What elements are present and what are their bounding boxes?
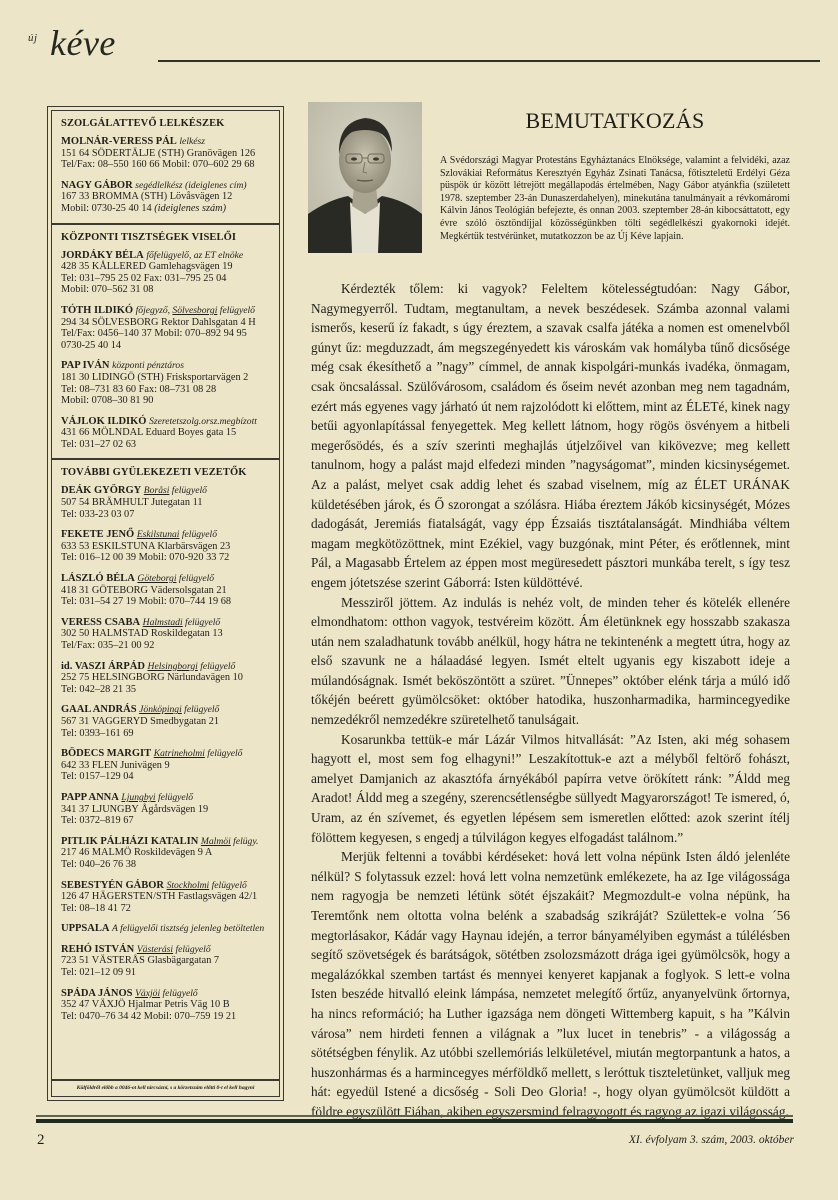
contact-detail-note: (ideiglenes szám) bbox=[154, 203, 226, 214]
contact-detail-line: Tel: 033-23 03 07 bbox=[61, 509, 273, 521]
contact-detail-text: Tel: 0470–76 34 42 Mobil: 070–759 19 21 bbox=[61, 1011, 236, 1022]
role-text: felügyelő bbox=[156, 792, 194, 803]
contact-role: Västerási felügyelő bbox=[137, 944, 211, 955]
article-paragraph: Kosarunkba tettük-e már Lázár Vilmos hit… bbox=[311, 730, 790, 848]
role-text: főjegyző, bbox=[136, 305, 173, 316]
contact-name: id. VASZI ÁRPÁD bbox=[61, 661, 145, 672]
contact-detail-line: 217 46 MALMÖ Roskildevägen 9 A bbox=[61, 847, 273, 859]
contact-detail-text: 217 46 MALMÖ Roskildevägen 9 A bbox=[61, 847, 212, 858]
footer-rule-thin bbox=[36, 1115, 793, 1117]
sidebar-section: KÖZPONTI TISZTSÉGEK VISELŐIJORDÁKY BÉLA … bbox=[52, 225, 279, 461]
contact-detail-text: Tel: 031–795 25 02 Fax: 031–795 25 04 bbox=[61, 273, 226, 284]
contact-entry: UPPSALA A felügyelői tisztség jelenleg b… bbox=[61, 923, 273, 935]
contact-role: Helsingborgi felügyelő bbox=[148, 661, 236, 672]
contact-detail-text: 302 50 HALMSTAD Roskildegatan 13 bbox=[61, 628, 223, 639]
contact-detail-line: 151 64 SÖDERTÄLJE (STH) Granövägen 126 bbox=[61, 148, 273, 160]
sidebar-section: TOVÁBBI GYÜLEKEZETI VEZETŐKDEÁK GYÖRGY B… bbox=[52, 460, 279, 1081]
contact-detail-text: Tel/Fax: 08–550 160 66 Mobil: 070–602 29… bbox=[61, 159, 255, 170]
contact-detail-text: 0730-25 40 14 bbox=[61, 340, 121, 351]
contact-role: Eskilstunai felügyelő bbox=[137, 529, 217, 540]
congregation-name: Helsingborgi bbox=[148, 661, 198, 672]
contact-role: központi pénztáros bbox=[112, 360, 184, 371]
contact-detail-text: Tel: 040–26 76 38 bbox=[61, 859, 136, 870]
contacts-sidebar-inner: SZOLGÁLATTEVŐ LELKÉSZEKMOLNÁR-VERESS PÁL… bbox=[51, 110, 280, 1097]
article-paragraph: Messziről jöttem. Az indulás is nehéz vo… bbox=[311, 593, 790, 730]
contact-name: FEKETE JENŐ bbox=[61, 529, 134, 540]
congregation-name: Malmöi bbox=[201, 836, 231, 847]
contact-detail-text: Tel: 033-23 03 07 bbox=[61, 509, 134, 520]
contact-entry: NAGY GÁBOR segédlelkész (ideiglenes cím)… bbox=[61, 180, 273, 215]
masthead: új kéve bbox=[28, 28, 820, 78]
contact-detail-text: 633 53 ESKILSTUNA Klarbärsvägen 23 bbox=[61, 541, 230, 552]
contact-name: SEBESTYÉN GÁBOR bbox=[61, 880, 164, 891]
contact-detail-text: Tel: 031–54 27 19 Mobil: 070–744 19 68 bbox=[61, 596, 231, 607]
congregation-name: Västerási bbox=[137, 944, 173, 955]
contact-detail-line: 567 31 VAGGERYD Smedbygatan 21 bbox=[61, 716, 273, 728]
article-title: BEMUTATKOZÁS bbox=[440, 108, 790, 134]
contact-role: főfelügyelő, az ET elnöke bbox=[146, 250, 243, 261]
contact-detail-line: 294 34 SÖLVESBORG Rektor Dahlsgatan 4 H bbox=[61, 317, 273, 329]
contact-detail-line: Mobil: 0708–30 81 90 bbox=[61, 395, 273, 407]
contact-role: Halmstadi felügyelő bbox=[143, 617, 221, 628]
contact-detail-line: 0730-25 40 14 bbox=[61, 340, 273, 352]
contact-role: Växjöi felügyelő bbox=[135, 988, 198, 999]
role-text: felügyelő bbox=[173, 944, 211, 955]
contact-detail-line: Tel/Fax: 08–550 160 66 Mobil: 070–602 29… bbox=[61, 159, 273, 171]
contact-entry: DEÁK GYÖRGY Boråsi felügyelő507 54 BRÄMH… bbox=[61, 485, 273, 520]
contact-detail-text: Tel: 0393–161 69 bbox=[61, 728, 134, 739]
contact-detail-line: Tel: 0470–76 34 42 Mobil: 070–759 19 21 bbox=[61, 1011, 273, 1023]
contact-detail-text: Tel/Fax: 035–21 00 92 bbox=[61, 640, 154, 651]
contact-entry: FEKETE JENŐ Eskilstunai felügyelő633 53 … bbox=[61, 529, 273, 564]
contact-entry: PAP IVÁN központi pénztáros181 30 LIDING… bbox=[61, 360, 273, 406]
contact-detail-text: 341 37 LJUNGBY Ågårdsvägen 19 bbox=[61, 804, 208, 815]
role-text: felügyelő bbox=[177, 573, 215, 584]
role-text: felügyelő bbox=[209, 880, 247, 891]
contact-name: VÁJLOK ILDIKÓ bbox=[61, 416, 146, 427]
role-text: felügy. bbox=[231, 836, 259, 847]
contact-name: PAPP ANNA bbox=[61, 792, 119, 803]
portrait-photo bbox=[308, 102, 422, 253]
contact-detail-text: Tel/Fax: 0456–140 37 Mobil: 070–892 94 9… bbox=[61, 328, 247, 339]
contact-detail-text: 507 54 BRÄMHULT Jutegatan 11 bbox=[61, 497, 203, 508]
contact-detail-text: Tel: 016–12 00 39 Mobil: 070-920 33 72 bbox=[61, 552, 229, 563]
contact-detail-line: 181 30 LIDINGÖ (STH) Frisksportarvägen 2 bbox=[61, 372, 273, 384]
contact-detail-line: 723 51 VÄSTERÅS Glasbägargatan 7 bbox=[61, 955, 273, 967]
contact-name: REHÓ ISTVÁN bbox=[61, 944, 134, 955]
contact-detail-line: 352 47 VÄXJÖ Hjalmar Petris Väg 10 B bbox=[61, 999, 273, 1011]
congregation-name: Eskilstunai bbox=[137, 529, 180, 540]
contact-detail-line: Tel: 031–795 25 02 Fax: 031–795 25 04 bbox=[61, 273, 273, 285]
masthead-rule bbox=[158, 60, 820, 62]
contact-name: BÖDECS MARGIT bbox=[61, 748, 151, 759]
contact-detail-line: Tel: 021–12 09 91 bbox=[61, 967, 273, 979]
role-text: központi pénztáros bbox=[112, 360, 184, 371]
contact-role: Göteborgi felügyelő bbox=[137, 573, 214, 584]
sidebar-section-heading: SZOLGÁLATTEVŐ LELKÉSZEK bbox=[61, 118, 273, 129]
contact-detail-text: 428 35 KÅLLERED Gamlehagsvägen 19 bbox=[61, 261, 233, 272]
contact-detail-text: 642 33 FLEN Junivägen 9 bbox=[61, 760, 170, 771]
contact-detail-text: Mobil: 0708–30 81 90 bbox=[61, 395, 153, 406]
contact-detail-line: Tel: 042–28 21 35 bbox=[61, 684, 273, 696]
contact-detail-text: 567 31 VAGGERYD Smedbygatan 21 bbox=[61, 716, 219, 727]
contact-name: UPPSALA bbox=[61, 923, 109, 934]
contact-role: segédlelkész (ideiglenes cím) bbox=[135, 180, 246, 191]
contact-detail-text: 431 66 MÖLNDAL Eduard Boyes gata 15 bbox=[61, 427, 236, 438]
contacts-sidebar: SZOLGÁLATTEVŐ LELKÉSZEKMOLNÁR-VERESS PÁL… bbox=[47, 106, 284, 1101]
contact-detail-text: 352 47 VÄXJÖ Hjalmar Petris Väg 10 B bbox=[61, 999, 230, 1010]
contact-name: PAP IVÁN bbox=[61, 360, 110, 371]
role-text: felügyelő bbox=[169, 485, 207, 496]
article-intro: A Svédországi Magyar Protestáns Egyházta… bbox=[440, 155, 790, 243]
congregation-name: Ljungbyi bbox=[121, 792, 155, 803]
contact-role: Malmöi felügy. bbox=[201, 836, 259, 847]
contact-detail-line: Mobil: 0730-25 40 14 (ideiglenes szám) bbox=[61, 203, 273, 215]
contact-detail-text: 723 51 VÄSTERÅS Glasbägargatan 7 bbox=[61, 955, 219, 966]
contact-entry: JORDÁKY BÉLA főfelügyelő, az ET elnöke42… bbox=[61, 250, 273, 296]
contact-detail-line: 642 33 FLEN Junivägen 9 bbox=[61, 760, 273, 772]
congregation-name: Göteborgi bbox=[137, 573, 176, 584]
contact-entry: id. VASZI ÁRPÁD Helsingborgi felügyelő25… bbox=[61, 661, 273, 696]
contact-detail-text: Mobil: 0730-25 40 14 bbox=[61, 203, 152, 214]
congregation-name: Växjöi bbox=[135, 988, 160, 999]
sidebar-section-heading: KÖZPONTI TISZTSÉGEK VISELŐI bbox=[61, 232, 273, 243]
contact-role: Boråsi felügyelő bbox=[144, 485, 207, 496]
contact-detail-line: 418 31 GÖTEBORG Vädersolsgatan 21 bbox=[61, 585, 273, 597]
contact-detail-text: Mobil: 070–562 31 08 bbox=[61, 284, 153, 295]
sidebar-footnote: Külföldről előbb a 0046-ot kell tárcsázn… bbox=[52, 1081, 279, 1096]
contact-detail-line: Mobil: 070–562 31 08 bbox=[61, 284, 273, 296]
role-text: felügyelő bbox=[198, 661, 236, 672]
contact-detail-text: Tel: 031–27 02 63 bbox=[61, 439, 136, 450]
role-text: felügyelő bbox=[183, 617, 221, 628]
contact-detail-line: Tel: 08–18 41 72 bbox=[61, 903, 273, 915]
contact-detail-text: Tel: 08–18 41 72 bbox=[61, 903, 131, 914]
contact-detail-text: Tel: 0157–129 04 bbox=[61, 771, 134, 782]
issue-info: XI. évfolyam 3. szám, 2003. október bbox=[629, 1134, 794, 1146]
contact-role: Katrineholmi felügyelő bbox=[154, 748, 243, 759]
contact-entry: TÓTH ILDIKÓ főjegyző, Sölvesborgi felügy… bbox=[61, 305, 273, 351]
sidebar-section-heading: TOVÁBBI GYÜLEKEZETI VEZETŐK bbox=[61, 467, 273, 478]
contact-entry: SPÁDA JÁNOS Växjöi felügyelő352 47 VÄXJÖ… bbox=[61, 988, 273, 1023]
contact-detail-text: Tel: 042–28 21 35 bbox=[61, 684, 136, 695]
contact-entry: PAPP ANNA Ljungbyi felügyelő341 37 LJUNG… bbox=[61, 792, 273, 827]
contact-role: főjegyző, Sölvesborgi felügyelő bbox=[136, 305, 255, 316]
contact-name: DEÁK GYÖRGY bbox=[61, 485, 141, 496]
contact-detail-line: 252 75 HELSINGBORG Närlundavägen 10 bbox=[61, 672, 273, 684]
portrait-image-icon bbox=[308, 102, 422, 253]
contact-detail-line: Tel: 0157–129 04 bbox=[61, 771, 273, 783]
contact-name: NAGY GÁBOR bbox=[61, 180, 133, 191]
contact-name: MOLNÁR-VERESS PÁL bbox=[61, 136, 177, 147]
contact-detail-line: Tel: 031–27 02 63 bbox=[61, 439, 273, 451]
contact-detail-line: 126 47 HÄGERSTEN/STH Fastlagsvägen 42/1 bbox=[61, 891, 273, 903]
contact-name: PITLIK PÁLHÁZI KATALIN bbox=[61, 836, 198, 847]
contact-detail-line: 428 35 KÅLLERED Gamlehagsvägen 19 bbox=[61, 261, 273, 273]
role-text: felügyelő bbox=[160, 988, 198, 999]
contact-name: LÁSZLÓ BÉLA bbox=[61, 573, 135, 584]
congregation-name: Stockholmi bbox=[167, 880, 210, 891]
contact-entry: REHÓ ISTVÁN Västerási felügyelő723 51 VÄ… bbox=[61, 944, 273, 979]
contact-detail-line: Tel: 016–12 00 39 Mobil: 070-920 33 72 bbox=[61, 552, 273, 564]
congregation-name: Jönköpingi bbox=[139, 704, 182, 715]
sidebar-section: SZOLGÁLATTEVŐ LELKÉSZEKMOLNÁR-VERESS PÁL… bbox=[52, 111, 279, 225]
role-text: felügyelő bbox=[205, 748, 243, 759]
masthead-prefix: új bbox=[28, 32, 38, 44]
contact-name: VERESS CSABA bbox=[61, 617, 140, 628]
contact-role: A felügyelői tisztség jelenleg betöltetl… bbox=[112, 923, 264, 934]
role-text: segédlelkész (ideiglenes cím) bbox=[135, 180, 246, 191]
contact-detail-line: 633 53 ESKILSTUNA Klarbärsvägen 23 bbox=[61, 541, 273, 553]
contact-detail-line: 167 33 BROMMA (STH) Lövåsvägen 12 bbox=[61, 191, 273, 203]
article-paragraph: Merjük feltenni a további kérdéseket: ho… bbox=[311, 847, 790, 1121]
contact-detail-line: Tel: 0393–161 69 bbox=[61, 728, 273, 740]
contact-detail-line: 341 37 LJUNGBY Ågårdsvägen 19 bbox=[61, 804, 273, 816]
contact-detail-line: Tel: 040–26 76 38 bbox=[61, 859, 273, 871]
contact-role: Szeretetszolg.orsz.megbízott bbox=[149, 416, 257, 427]
contact-role: Stockholmi felügyelő bbox=[167, 880, 247, 891]
contact-role: lelkész bbox=[179, 136, 205, 147]
role-text: felügyelő bbox=[179, 529, 217, 540]
contact-detail-text: 126 47 HÄGERSTEN/STH Fastlagsvägen 42/1 bbox=[61, 891, 257, 902]
contact-entry: GAAL ANDRÁS Jönköpingi felügyelő567 31 V… bbox=[61, 704, 273, 739]
contact-detail-line: 431 66 MÖLNDAL Eduard Boyes gata 15 bbox=[61, 427, 273, 439]
contact-entry: SEBESTYÉN GÁBOR Stockholmi felügyelő126 … bbox=[61, 880, 273, 915]
congregation-name: Sölvesborgi bbox=[172, 305, 217, 316]
page-number: 2 bbox=[37, 1132, 45, 1149]
contact-name: JORDÁKY BÉLA bbox=[61, 250, 144, 261]
contact-detail-line: Tel/Fax: 035–21 00 92 bbox=[61, 640, 273, 652]
role-text: felügyelő bbox=[182, 704, 220, 715]
role-text: A felügyelői tisztség jelenleg betöltetl… bbox=[112, 923, 264, 934]
contact-detail-text: 181 30 LIDINGÖ (STH) Frisksportarvägen 2 bbox=[61, 372, 248, 383]
contact-detail-line: 302 50 HALMSTAD Roskildegatan 13 bbox=[61, 628, 273, 640]
contact-entry: LÁSZLÓ BÉLA Göteborgi felügyelő418 31 GÖ… bbox=[61, 573, 273, 608]
role-text: főfelügyelő, az ET elnöke bbox=[146, 250, 243, 261]
contact-entry: PITLIK PÁLHÁZI KATALIN Malmöi felügy.217… bbox=[61, 836, 273, 871]
contact-role: Jönköpingi felügyelő bbox=[139, 704, 219, 715]
role-text: Szeretetszolg.orsz.megbízott bbox=[149, 416, 257, 427]
contact-detail-text: 294 34 SÖLVESBORG Rektor Dahlsgatan 4 H bbox=[61, 317, 256, 328]
congregation-name: Halmstadi bbox=[143, 617, 183, 628]
contact-detail-line: 507 54 BRÄMHULT Jutegatan 11 bbox=[61, 497, 273, 509]
contact-detail-text: 252 75 HELSINGBORG Närlundavägen 10 bbox=[61, 672, 243, 683]
article-paragraph: Kérdezték tőlem: ki vagyok? Feleltem köt… bbox=[311, 279, 790, 593]
congregation-name: Boråsi bbox=[144, 485, 170, 496]
contact-detail-text: Tel: 021–12 09 91 bbox=[61, 967, 136, 978]
role-text: felügyelő bbox=[217, 305, 255, 316]
contact-detail-text: 167 33 BROMMA (STH) Lövåsvägen 12 bbox=[61, 191, 232, 202]
contact-entry: BÖDECS MARGIT Katrineholmi felügyelő642 … bbox=[61, 748, 273, 783]
contact-detail-text: Tel: 08–731 83 60 Fax: 08–731 08 28 bbox=[61, 384, 216, 395]
contact-detail-line: Tel: 031–54 27 19 Mobil: 070–744 19 68 bbox=[61, 596, 273, 608]
contact-detail-line: Tel: 08–731 83 60 Fax: 08–731 08 28 bbox=[61, 384, 273, 396]
masthead-title: kéve bbox=[50, 22, 116, 64]
contact-detail-text: 418 31 GÖTEBORG Vädersolsgatan 21 bbox=[61, 585, 227, 596]
contact-entry: VERESS CSABA Halmstadi felügyelő302 50 H… bbox=[61, 617, 273, 652]
contact-name: SPÁDA JÁNOS bbox=[61, 988, 132, 999]
article-body: Kérdezték tőlem: ki vagyok? Feleltem köt… bbox=[311, 279, 790, 1122]
contact-detail-text: 151 64 SÖDERTÄLJE (STH) Granövägen 126 bbox=[61, 148, 255, 159]
footer-rule-thick bbox=[36, 1119, 793, 1123]
contact-role: Ljungbyi felügyelő bbox=[121, 792, 193, 803]
contact-entry: VÁJLOK ILDIKÓ Szeretetszolg.orsz.megbízo… bbox=[61, 416, 273, 451]
role-text: lelkész bbox=[179, 136, 205, 147]
contact-detail-line: Tel: 0372–819 67 bbox=[61, 815, 273, 827]
congregation-name: Katrineholmi bbox=[154, 748, 205, 759]
contact-name: TÓTH ILDIKÓ bbox=[61, 305, 133, 316]
contact-entry: MOLNÁR-VERESS PÁL lelkész151 64 SÖDERTÄL… bbox=[61, 136, 273, 171]
contact-detail-line: Tel/Fax: 0456–140 37 Mobil: 070–892 94 9… bbox=[61, 328, 273, 340]
contact-name: GAAL ANDRÁS bbox=[61, 704, 137, 715]
contact-detail-text: Tel: 0372–819 67 bbox=[61, 815, 134, 826]
